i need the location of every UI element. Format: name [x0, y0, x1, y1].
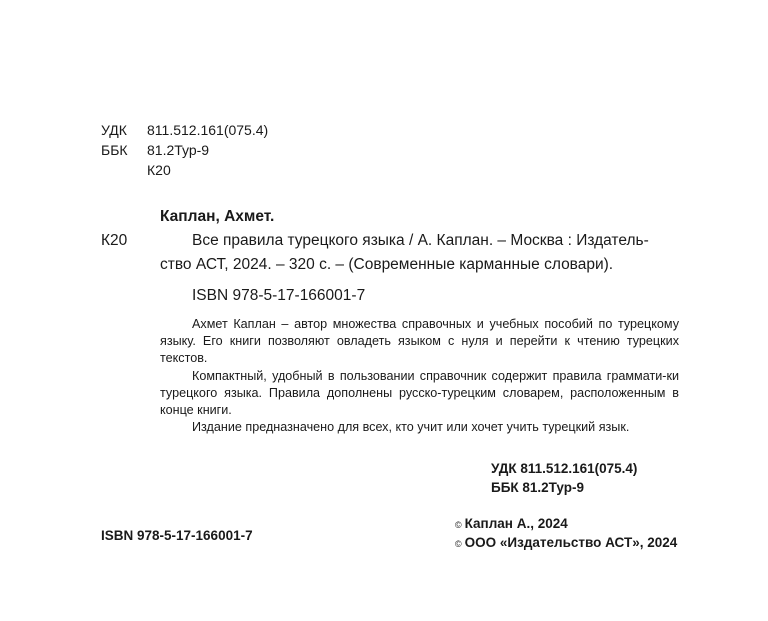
annotation-paragraph: Издание предназначено для всех, кто учит… — [160, 419, 679, 436]
copyright-author-text: Каплан А., 2024 — [465, 516, 568, 531]
classification-block: УДК 811.512.161(075.4) ББК 81.2Тур-9 К20 — [101, 121, 341, 181]
isbn-record: ISBN 978-5-17-166001-7 — [192, 284, 365, 308]
author-heading: Каплан, Ахмет. — [160, 205, 274, 229]
annotation-paragraph: Ахмет Каплан – автор множества справочны… — [160, 316, 679, 368]
bbk-label: ББК — [101, 141, 128, 160]
udk-bottom: УДК 811.512.161(075.4) — [491, 459, 637, 478]
copyright-author: ©Каплан А., 2024 — [455, 514, 568, 535]
bibliographic-line-1: Все правила турецкого языка / А. Каплан.… — [192, 229, 649, 253]
udk-label: УДК — [101, 121, 127, 140]
copyright-icon: © — [455, 520, 462, 530]
copyright-publisher-text: ООО «Издательство АСТ», 2024 — [465, 535, 678, 550]
author-mark-left: К20 — [101, 229, 127, 253]
isbn-footer: ISBN 978-5-17-166001-7 — [101, 526, 253, 545]
bbk-bottom: ББК 81.2Тур-9 — [491, 478, 584, 497]
bbk-value: 81.2Тур-9 — [147, 141, 209, 160]
udk-value: 811.512.161(075.4) — [147, 121, 268, 140]
annotation-paragraph: Компактный, удобный в пользовании справо… — [160, 368, 679, 420]
author-mark: К20 — [147, 161, 171, 180]
copyright-icon: © — [455, 539, 462, 549]
annotation: Ахмет Каплан – автор множества справочны… — [160, 316, 679, 436]
copyright-publisher: ©ООО «Издательство АСТ», 2024 — [455, 533, 677, 554]
bibliographic-line-2: ство АСТ, 2024. – 320 с. – (Современные … — [160, 253, 613, 277]
